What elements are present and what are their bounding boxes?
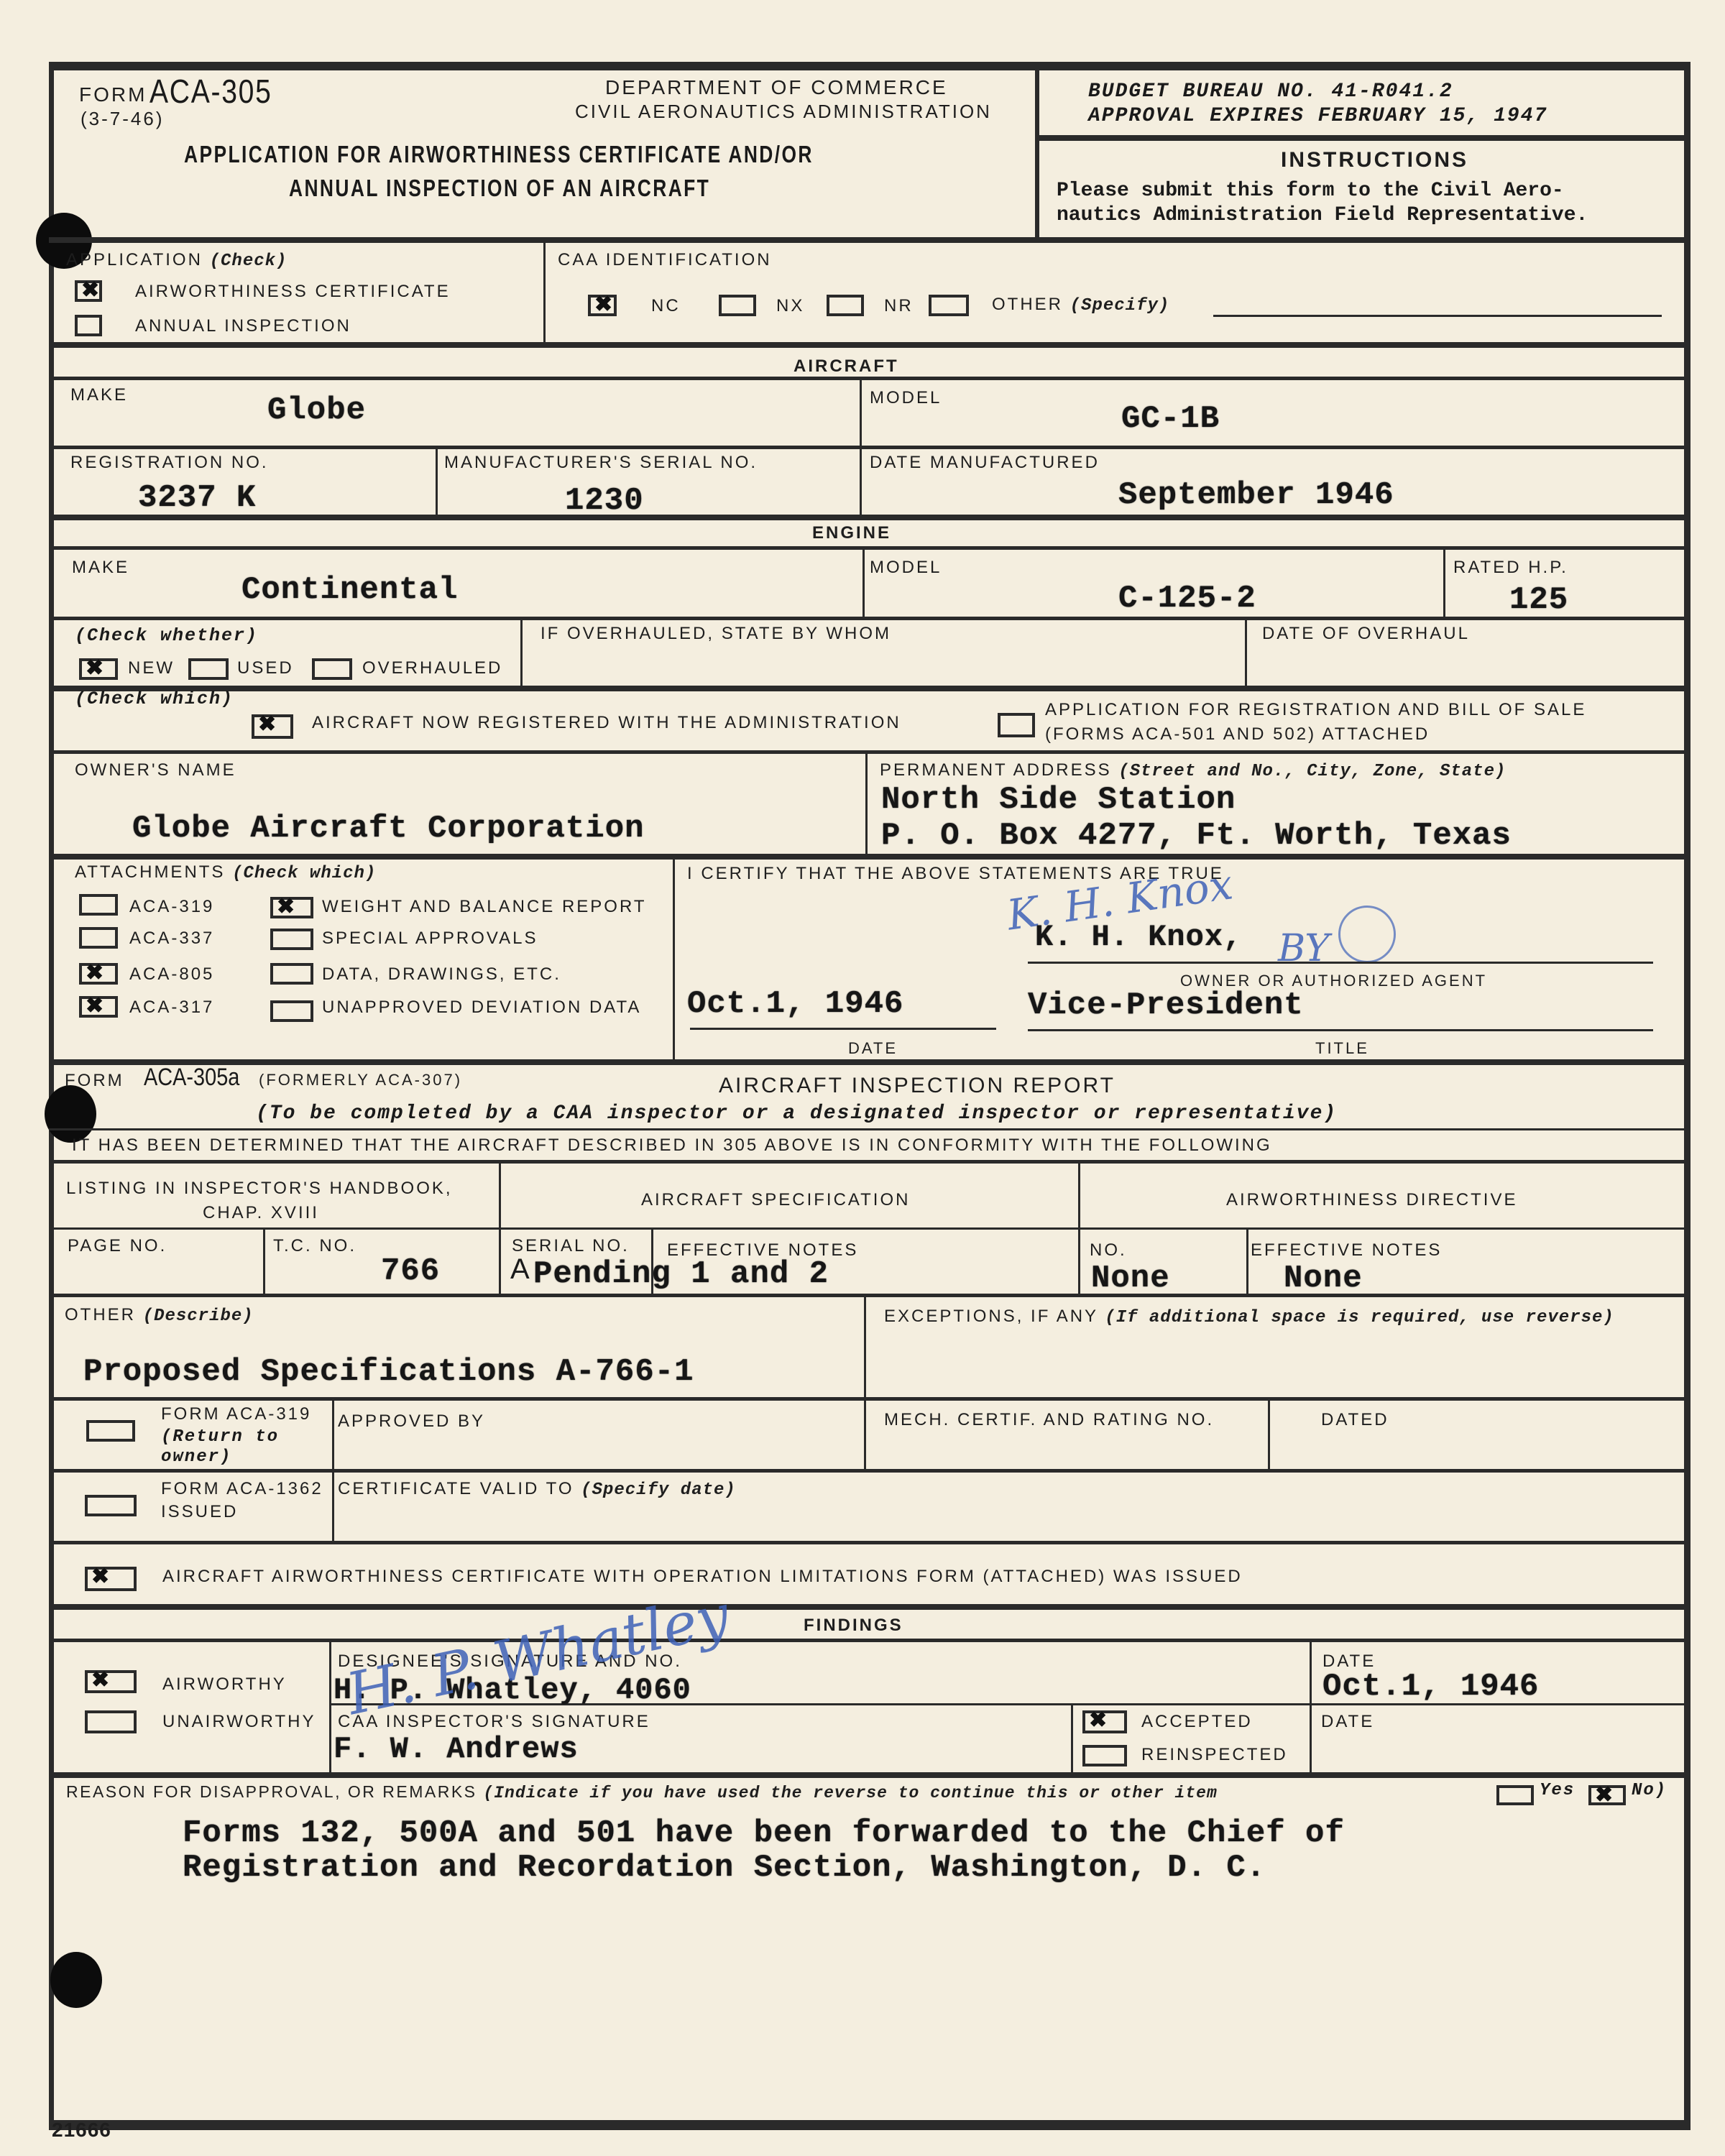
divider bbox=[1245, 618, 1247, 687]
address-line2: P. O. Box 4277, Ft. Worth, Texas bbox=[881, 818, 1512, 854]
divider bbox=[1071, 1705, 1073, 1774]
other-checkbox[interactable] bbox=[929, 295, 969, 316]
ad-effective-notes-value: None bbox=[1284, 1261, 1363, 1296]
overhauled-by-label: IF OVERHAULED, STATE BY WHOM bbox=[540, 624, 891, 644]
signature-by-annotation: BY bbox=[1278, 927, 1330, 970]
form-aca-319-label-line1: FORM ACA-319 bbox=[161, 1404, 311, 1424]
instructions-heading: INSTRUCTIONS bbox=[1281, 148, 1468, 172]
other-describe-label: OTHER (Describe) bbox=[65, 1305, 254, 1326]
divider bbox=[49, 1772, 1690, 1778]
signer-typed-name: K. H. Knox, bbox=[1035, 920, 1242, 954]
manufacturer-serial-label: MANUFACTURER'S SERIAL NO. bbox=[444, 453, 758, 473]
registration-number-value: 3237 K bbox=[138, 480, 256, 516]
divider bbox=[520, 618, 523, 687]
nr-label: NR bbox=[884, 296, 914, 316]
divider bbox=[49, 617, 1690, 620]
date-manufactured-label: DATE MANUFACTURED bbox=[870, 453, 1100, 473]
overhaul-date-label: DATE OF OVERHAUL bbox=[1262, 624, 1470, 644]
address-line1: North Side Station bbox=[881, 782, 1236, 818]
engine-model-value: C-125-2 bbox=[1118, 581, 1256, 617]
approval-expiry: APPROVAL EXPIRES FEBRUARY 15, 1947 bbox=[1088, 105, 1547, 127]
engine-make-value: Continental bbox=[241, 572, 458, 608]
inspector-signature-label: CAA INSPECTOR'S SIGNATURE bbox=[338, 1712, 650, 1732]
initials-scribble bbox=[1338, 906, 1396, 963]
aircraft-section-title: AIRCRAFT bbox=[793, 356, 899, 377]
remarks-label: REASON FOR DISAPPROVAL, OR REMARKS (Indi… bbox=[66, 1782, 1218, 1802]
conformity-statement: IT HAS BEEN DETERMINED THAT THE AIRCRAFT… bbox=[72, 1135, 1272, 1156]
divider bbox=[49, 237, 1690, 243]
divider bbox=[1443, 548, 1445, 619]
attachment-weight-balance-checkbox[interactable] bbox=[270, 897, 313, 918]
attachments-label: ATTACHMENTS (Check which) bbox=[75, 862, 376, 883]
airworthiness-certificate-checkbox[interactable] bbox=[75, 280, 102, 302]
form-aca-1362-label-line1: FORM ACA-1362 bbox=[161, 1479, 323, 1499]
nr-checkbox[interactable] bbox=[827, 295, 864, 316]
nx-checkbox[interactable] bbox=[719, 295, 756, 316]
rated-hp-label: RATED H.P. bbox=[1453, 558, 1568, 578]
manufacturer-serial-value: 1230 bbox=[565, 483, 644, 519]
mech-certif-field[interactable] bbox=[884, 1434, 1258, 1466]
registration-number-label: REGISTRATION NO. bbox=[70, 453, 269, 473]
reinspected-checkbox[interactable] bbox=[1082, 1745, 1127, 1766]
divider bbox=[49, 854, 1690, 860]
inspection-form-number: ACA-305a bbox=[144, 1064, 239, 1092]
aircraft-model-value: GC-1B bbox=[1121, 401, 1220, 437]
ad-no-value: None bbox=[1091, 1261, 1170, 1296]
page-id: 21666 bbox=[52, 2119, 111, 2142]
reverse-used-yes-checkbox[interactable] bbox=[1496, 1785, 1534, 1805]
divider bbox=[49, 1128, 1690, 1130]
title-line bbox=[1028, 1029, 1653, 1031]
divider bbox=[49, 377, 1690, 380]
airworthy-checkbox[interactable] bbox=[85, 1670, 137, 1693]
engine-make-label: MAKE bbox=[72, 558, 129, 578]
certificate-valid-to-label: CERTIFICATE VALID TO (Specify date) bbox=[338, 1479, 736, 1500]
check-whether-hint: (Check whether) bbox=[75, 625, 258, 646]
reverse-used-no-checkbox[interactable] bbox=[1588, 1785, 1626, 1805]
attachment-aca-337-label: ACA-337 bbox=[129, 929, 214, 949]
page-no-field[interactable] bbox=[68, 1258, 254, 1289]
form-aca-319-checkbox[interactable] bbox=[86, 1420, 135, 1442]
divider bbox=[49, 1294, 1690, 1297]
inspection-report-subtitle: (To be completed by a CAA inspector or a… bbox=[256, 1102, 1337, 1125]
signature-line bbox=[1028, 962, 1653, 964]
dated-label: DATED bbox=[1321, 1410, 1389, 1430]
divider bbox=[49, 1059, 1690, 1065]
instructions-line1: Please submit this form to the Civil Aer… bbox=[1057, 180, 1564, 202]
engine-model-label: MODEL bbox=[870, 558, 942, 578]
divider bbox=[865, 752, 868, 858]
form-aca-1362-checkbox[interactable] bbox=[85, 1495, 137, 1516]
airworthiness-certificate-label: AIRWORTHINESS CERTIFICATE bbox=[135, 282, 451, 302]
application-label: APPLICATION (Check) bbox=[66, 250, 287, 271]
engine-overhauled-label: OVERHAULED bbox=[362, 658, 502, 678]
divider bbox=[49, 515, 1690, 520]
accepted-checkbox[interactable] bbox=[1082, 1710, 1127, 1733]
airworthy-label: AIRWORTHY bbox=[162, 1674, 287, 1695]
spec-effective-notes-value: Pending 1 and 2 bbox=[533, 1256, 829, 1292]
attachment-aca-805-checkbox[interactable] bbox=[79, 963, 118, 985]
owner-name-label: OWNER'S NAME bbox=[75, 760, 236, 780]
inspector-name-value: F. W. Andrews bbox=[333, 1732, 579, 1766]
remarks-text-line2: Registration and Recordation Section, Wa… bbox=[183, 1850, 1266, 1886]
handbook-listing-label-line1: LISTING IN INSPECTOR'S HANDBOOK, bbox=[66, 1179, 453, 1199]
instructions-line2: nautics Administration Field Representat… bbox=[1057, 204, 1588, 226]
operation-limitations-label: AIRCRAFT AIRWORTHINESS CERTIFICATE WITH … bbox=[162, 1567, 1243, 1587]
aircraft-registered-label: AIRCRAFT NOW REGISTERED WITH THE ADMINIS… bbox=[312, 713, 901, 733]
divider bbox=[49, 1639, 1690, 1642]
mech-certif-label: MECH. CERTIF. AND RATING NO. bbox=[884, 1410, 1214, 1430]
engine-used-checkbox[interactable] bbox=[188, 658, 229, 680]
certificate-valid-to-field[interactable] bbox=[338, 1505, 1675, 1537]
divider bbox=[1310, 1640, 1312, 1774]
tc-no-label: T.C. NO. bbox=[273, 1236, 356, 1256]
owner-name-value: Globe Aircraft Corporation bbox=[132, 811, 645, 847]
divider bbox=[1035, 135, 1690, 141]
other-describe-value: Proposed Specifications A-766-1 bbox=[83, 1354, 694, 1390]
attachment-special-approvals-checkbox[interactable] bbox=[270, 929, 313, 950]
ad-no-label: NO. bbox=[1090, 1240, 1127, 1261]
date-line bbox=[690, 1028, 996, 1030]
document-page: FORM ACA-305 (3-7-46) DEPARTMENT OF COMM… bbox=[0, 0, 1725, 2156]
inspection-form-label: FORM bbox=[65, 1071, 124, 1091]
divider bbox=[436, 447, 438, 519]
attachment-aca-805-label: ACA-805 bbox=[129, 964, 214, 985]
other-label: OTHER (Specify) bbox=[992, 295, 1169, 315]
exceptions-field[interactable] bbox=[884, 1351, 1675, 1394]
budget-bureau-number: BUDGET BUREAU NO. 41-R041.2 bbox=[1088, 80, 1453, 103]
annual-inspection-checkbox[interactable] bbox=[75, 315, 102, 336]
approved-by-field[interactable] bbox=[338, 1434, 855, 1466]
rated-hp-value: 125 bbox=[1509, 582, 1568, 618]
punch-hole bbox=[50, 1952, 102, 2008]
spec-serial-prefix: A bbox=[510, 1253, 530, 1286]
operation-limitations-checkbox[interactable] bbox=[85, 1567, 137, 1591]
form-label: FORM bbox=[79, 83, 147, 106]
nc-label: NC bbox=[651, 296, 681, 316]
divider bbox=[864, 1295, 866, 1470]
accepted-label: ACCEPTED bbox=[1141, 1712, 1253, 1732]
divider bbox=[1268, 1399, 1270, 1470]
attachment-unapproved-deviation-checkbox[interactable] bbox=[270, 1000, 313, 1022]
annual-inspection-label: ANNUAL INSPECTION bbox=[135, 316, 351, 336]
nc-checkbox[interactable] bbox=[588, 295, 617, 316]
divider bbox=[860, 378, 862, 520]
divider bbox=[1246, 1229, 1248, 1295]
other-specify-field[interactable] bbox=[1222, 287, 1653, 313]
attachment-weight-balance-label: WEIGHT AND BALANCE REPORT bbox=[322, 897, 647, 917]
designee-date-value: Oct.1, 1946 bbox=[1322, 1669, 1539, 1705]
aircraft-registered-checkbox[interactable] bbox=[252, 714, 293, 739]
engine-section-title: ENGINE bbox=[812, 523, 891, 543]
attachment-aca-317-checkbox[interactable] bbox=[79, 996, 118, 1018]
attachment-data-drawings-checkbox[interactable] bbox=[270, 963, 313, 985]
registration-application-checkbox[interactable] bbox=[998, 713, 1035, 737]
divider bbox=[49, 686, 1690, 691]
attachment-data-drawings-label: DATA, DRAWINGS, ETC. bbox=[322, 964, 561, 985]
punch-hole bbox=[45, 1085, 96, 1143]
title-caption: TITLE bbox=[1315, 1039, 1369, 1058]
engine-overhauled-checkbox[interactable] bbox=[312, 658, 352, 680]
form-title-line1: APPLICATION FOR AIRWORTHINESS CERTIFICAT… bbox=[184, 141, 814, 168]
divider bbox=[49, 1397, 1690, 1401]
registration-application-label-line1: APPLICATION FOR REGISTRATION AND BILL OF… bbox=[1045, 700, 1586, 720]
tc-no-value: 766 bbox=[381, 1253, 440, 1289]
aircraft-specification-label: AIRCRAFT SPECIFICATION bbox=[641, 1190, 910, 1210]
handbook-listing-label-line2: CHAP. XVIII bbox=[203, 1203, 319, 1223]
form-number: ACA-305 bbox=[149, 72, 272, 111]
engine-new-label: NEW bbox=[128, 658, 175, 678]
reverse-used-no-label: No) bbox=[1632, 1781, 1667, 1800]
exceptions-label: EXCEPTIONS, IF ANY (If additional space … bbox=[884, 1307, 1614, 1327]
findings-section-title: FINDINGS bbox=[804, 1616, 903, 1636]
attachment-aca-317-label: ACA-317 bbox=[129, 998, 214, 1018]
agency-name: CIVIL AERONAUTICS ADMINISTRATION bbox=[575, 101, 992, 123]
unairworthy-label: UNAIRWORTHY bbox=[162, 1712, 316, 1732]
page-no-label: PAGE NO. bbox=[68, 1236, 167, 1256]
aircraft-make-label: MAKE bbox=[70, 385, 128, 405]
formerly-label: (FORMERLY ACA-307) bbox=[259, 1071, 462, 1089]
divider bbox=[862, 548, 865, 619]
registration-application-label-line2: (FORMS ACA-501 AND 502) ATTACHED bbox=[1045, 724, 1430, 745]
form-aca-1362-label-line2: ISSUED bbox=[161, 1502, 238, 1522]
inspection-report-title: AIRCRAFT INSPECTION REPORT bbox=[719, 1074, 1115, 1098]
divider bbox=[329, 1640, 331, 1774]
divider bbox=[263, 1229, 265, 1295]
form-aca-319-label-line2: (Return to bbox=[161, 1427, 279, 1447]
divider bbox=[49, 1604, 1690, 1610]
divider bbox=[543, 239, 546, 344]
ad-effective-notes-label: EFFECTIVE NOTES bbox=[1251, 1240, 1442, 1261]
reinspected-label: REINSPECTED bbox=[1141, 1745, 1288, 1765]
attachment-aca-319-label: ACA-319 bbox=[129, 897, 214, 917]
attachment-unapproved-deviation-label: UNAPPROVED DEVIATION DATA bbox=[322, 998, 641, 1018]
inspector-date-label: DATE bbox=[1321, 1712, 1374, 1732]
attachment-special-approvals-label: SPECIAL APPROVALS bbox=[322, 929, 538, 949]
remarks-text-line1: Forms 132, 500A and 501 have been forwar… bbox=[183, 1815, 1345, 1851]
form-aca-319-label-line3: owner) bbox=[161, 1447, 231, 1467]
engine-new-checkbox[interactable] bbox=[79, 658, 118, 680]
attachment-aca-319-checkbox[interactable] bbox=[79, 894, 118, 916]
aircraft-model-label: MODEL bbox=[870, 388, 942, 408]
attachment-aca-337-checkbox[interactable] bbox=[79, 927, 118, 949]
certification-date-value: Oct.1, 1946 bbox=[687, 986, 903, 1022]
overhaul-date-field[interactable] bbox=[1262, 650, 1679, 681]
other-specify-line bbox=[1213, 315, 1662, 317]
date-caption: DATE bbox=[848, 1039, 898, 1058]
form-date: (3-7-46) bbox=[80, 108, 164, 130]
overhauled-by-field[interactable] bbox=[540, 650, 1230, 681]
caa-identification-label: CAA IDENTIFICATION bbox=[558, 250, 772, 270]
divider bbox=[49, 1469, 1690, 1473]
date-manufactured-value: September 1946 bbox=[1118, 477, 1394, 513]
dated-field[interactable] bbox=[1321, 1434, 1673, 1466]
airworthiness-directive-label: AIRWORTHINESS DIRECTIVE bbox=[1226, 1190, 1518, 1210]
divider bbox=[49, 1541, 1690, 1544]
divider bbox=[49, 1227, 1690, 1230]
inspector-date-field[interactable] bbox=[1321, 1735, 1673, 1766]
reverse-used-yes-label: Yes bbox=[1540, 1781, 1575, 1800]
nx-label: NX bbox=[776, 296, 804, 316]
check-which-hint: (Check which) bbox=[75, 688, 234, 709]
divider bbox=[49, 446, 1690, 449]
engine-used-label: USED bbox=[237, 658, 294, 678]
aircraft-make-value: Globe bbox=[267, 392, 366, 428]
divider bbox=[49, 750, 1690, 754]
divider bbox=[1035, 62, 1039, 239]
department-name: DEPARTMENT OF COMMERCE bbox=[605, 76, 948, 99]
divider bbox=[673, 857, 675, 1059]
form-title-line2: ANNUAL INSPECTION OF AN AIRCRAFT bbox=[289, 175, 710, 202]
divider bbox=[49, 1160, 1690, 1164]
unairworthy-checkbox[interactable] bbox=[85, 1710, 137, 1733]
address-label: PERMANENT ADDRESS (Street and No., City,… bbox=[880, 760, 1506, 781]
signer-title-value: Vice-President bbox=[1028, 987, 1304, 1023]
approved-by-label: APPROVED BY bbox=[338, 1411, 485, 1432]
divider bbox=[49, 342, 1690, 348]
